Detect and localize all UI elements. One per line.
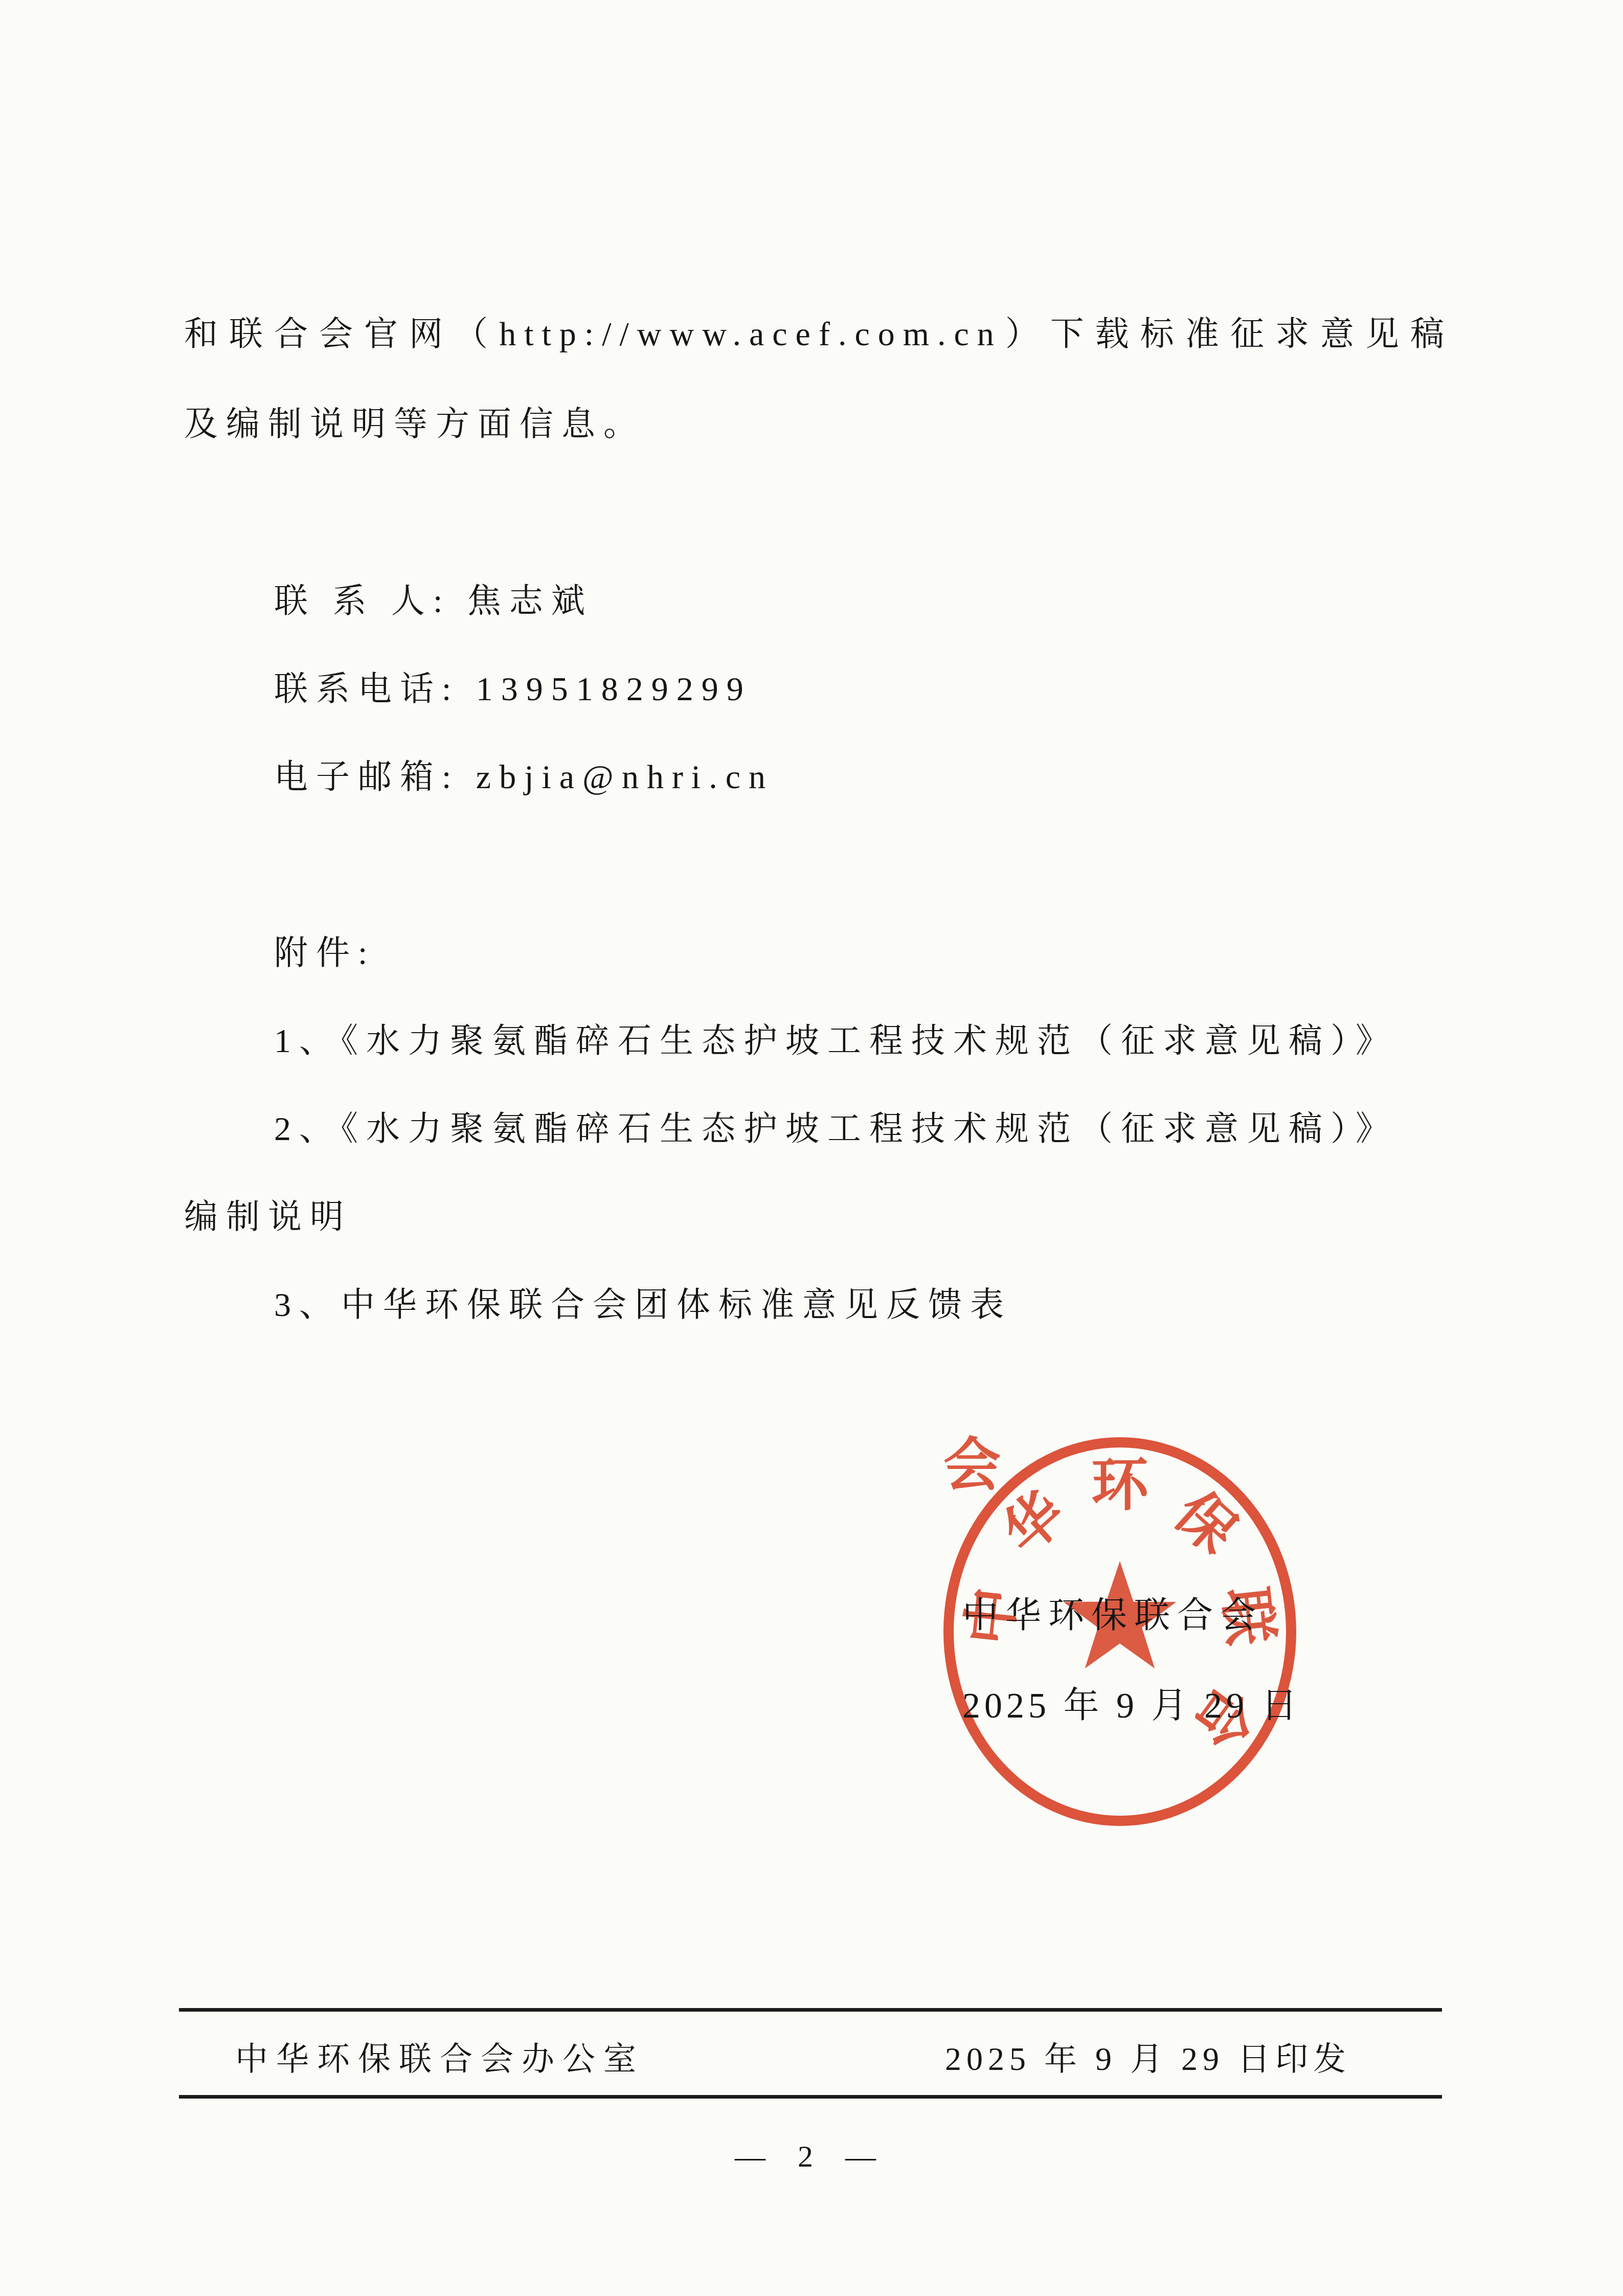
attachment-item-2-continuation: 编制说明 xyxy=(184,1193,352,1242)
signature-org-name: 中华环保联合会 xyxy=(962,1592,1263,1641)
footer-rule-bottom xyxy=(179,2095,1442,2099)
footer-issuer: 中华环保联合会办公室 xyxy=(235,2035,644,2084)
contact-email: 电子邮箱: zbjia@nhri.cn xyxy=(274,753,774,802)
signature-date: 2025 年 9 月 29 日 xyxy=(962,1682,1301,1731)
contact-person: 联 系 人: 焦志斌 xyxy=(274,577,593,626)
attachments-heading: 附件: xyxy=(274,929,375,978)
contact-phone: 联系电话: 13951829299 xyxy=(274,665,752,714)
footer-rule-top xyxy=(179,2008,1442,2012)
seal-char: 会 xyxy=(943,1437,1001,1495)
document-page: 和联合会官网（http://www.acef.com.cn）下载标准征求意见稿 … xyxy=(0,0,1623,2296)
page-number: — 2 — xyxy=(0,2132,1623,2181)
paragraph-line-1: 和联合会官网（http://www.acef.com.cn）下载标准征求意见稿 xyxy=(184,310,1452,359)
seal-char: 环 xyxy=(1091,1457,1148,1514)
footer-print-date: 2025 年 9 月 29 日印发 xyxy=(945,2035,1351,2084)
paragraph-line-2: 及编制说明等方面信息。 xyxy=(184,400,645,449)
attachment-item-2: 2、《水力聚氨酯碎石生态护坡工程技术规范（征求意见稿）》 xyxy=(274,1105,1397,1154)
attachment-item-3: 3、中华环保联合会团体标准意见反馈表 xyxy=(274,1281,1012,1330)
attachment-item-1: 1、《水力聚氨酯碎石生态护坡工程技术规范（征求意见稿）》 xyxy=(274,1017,1397,1066)
